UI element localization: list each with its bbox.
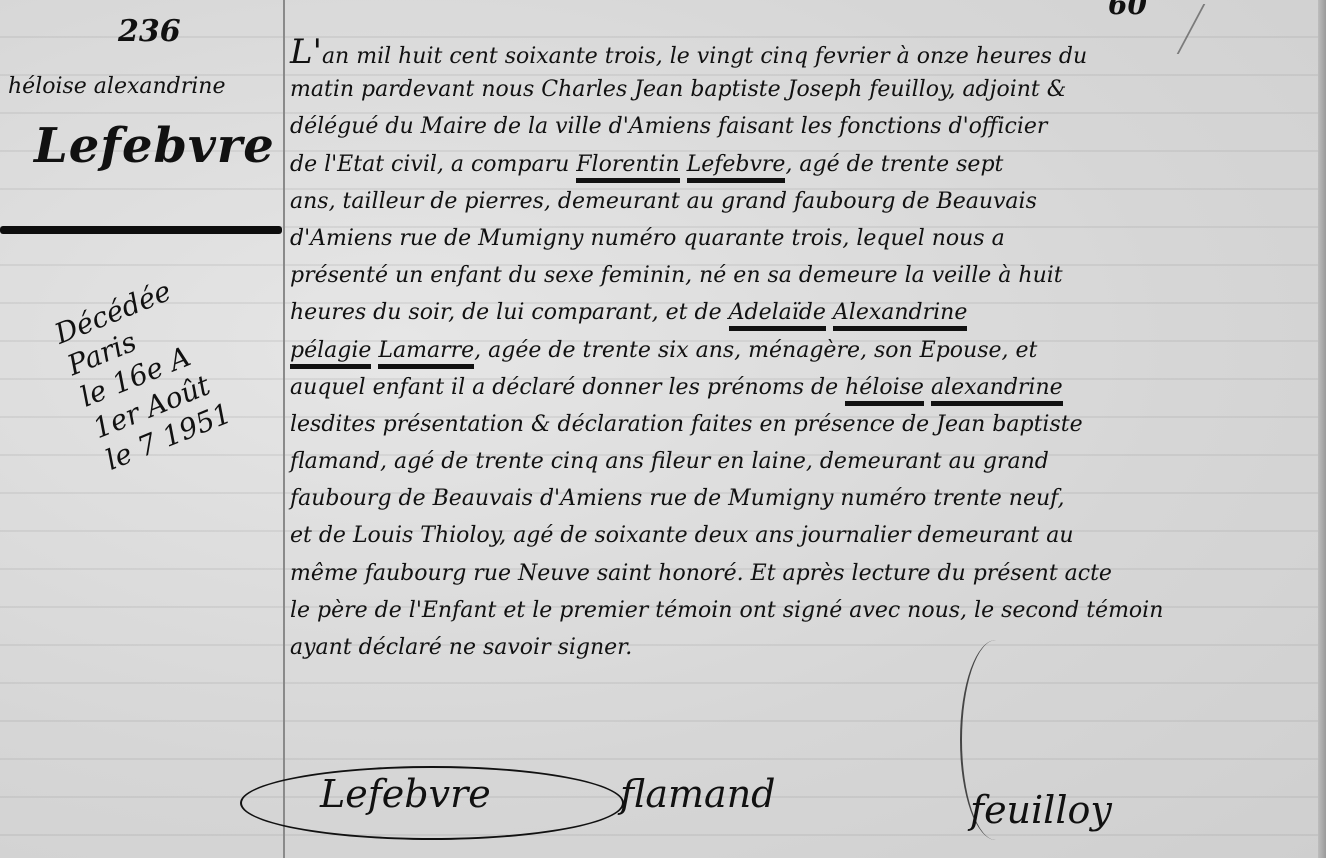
text-line: ayant déclaré ne savoir signer.: [290, 629, 1310, 666]
text-line: faubourg de Beauvais d'Amiens rue de Mum…: [290, 480, 1310, 517]
underlined-name: Adelaïde: [729, 300, 826, 331]
register-page: 60 236 héloise alexandrine Lefebvre Décé…: [0, 0, 1326, 858]
underlined-name: Lamarre: [378, 338, 474, 369]
text-line: ans, tailleur de pierres, demeurant au g…: [290, 183, 1310, 220]
signature-witness: flamand: [620, 772, 776, 816]
signature-block: Lefebvre flamand feuilloy: [240, 748, 1320, 858]
text-line: d'Amiens rue de Mumigny numéro quarante …: [290, 220, 1310, 257]
text-line: pélagie Lamarre, agée de trente six ans,…: [290, 332, 1310, 369]
text-line: lesdites présentation & déclaration fait…: [290, 406, 1310, 443]
text-line: le père de l'Enfant et le premier témoin…: [290, 592, 1310, 629]
text-line: et de Louis Thioloy, agé de soixante deu…: [290, 517, 1310, 554]
underlined-name: héloise: [845, 375, 924, 406]
underlined-name: Alexandrine: [833, 300, 967, 331]
text-line: L'an mil huit cent soixante trois, le vi…: [290, 34, 1310, 71]
signature-officer: feuilloy: [970, 788, 1112, 832]
text-line: présenté un enfant du sexe feminin, né e…: [290, 257, 1310, 294]
underlined-name: Lefebvre: [687, 152, 786, 183]
underlined-name: Florentin: [576, 152, 679, 183]
signature-father: Lefebvre: [320, 772, 491, 816]
text-line: flamand, agé de trente cinq ans fileur e…: [290, 443, 1310, 480]
act-number: 236: [118, 14, 181, 49]
margin-rule: [283, 0, 285, 858]
margin-death-annotation: Décédée Paris le 16e A 1er Août le 7 195…: [50, 238, 318, 478]
margin-divider: [0, 226, 282, 234]
underlined-name: alexandrine: [931, 375, 1063, 406]
margin-surname: Lefebvre: [34, 118, 275, 174]
margin-given-names: héloise alexandrine: [8, 74, 226, 99]
text-line: heures du soir, de lui comparant, et de …: [290, 294, 1310, 331]
page-number: 60: [1108, 0, 1147, 21]
text-line: même faubourg rue Neuve saint honoré. Et…: [290, 555, 1310, 592]
record-body: L'an mil huit cent soixante trois, le vi…: [290, 34, 1310, 666]
underlined-name: pélagie: [290, 338, 371, 369]
text-line: de l'Etat civil, a comparu Florentin Lef…: [290, 146, 1310, 183]
text-line: auquel enfant il a déclaré donner les pr…: [290, 369, 1310, 406]
page-edge: [1318, 0, 1326, 858]
text-line: matin pardevant nous Charles Jean baptis…: [290, 71, 1310, 108]
text-line: délégué du Maire de la ville d'Amiens fa…: [290, 108, 1310, 145]
